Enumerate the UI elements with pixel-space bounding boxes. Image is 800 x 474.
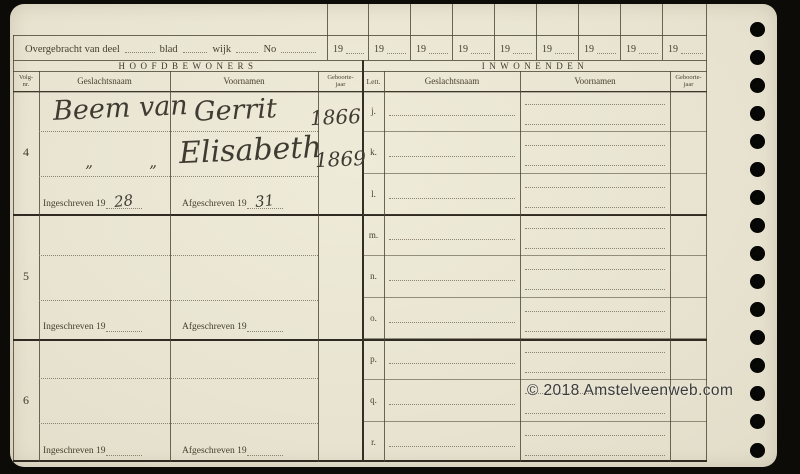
year-column-line xyxy=(578,4,579,35)
year-cell: 19 xyxy=(578,35,620,60)
inwonenden-row: k. xyxy=(363,131,707,172)
scanned-register-page: Overgebracht van deelbladwijkNo HOOFDBEW… xyxy=(0,0,800,474)
punch-hole xyxy=(750,162,765,177)
row-letter: r. xyxy=(363,422,384,462)
fill-in-line xyxy=(597,53,616,54)
fill-in-line: 28 xyxy=(106,198,142,209)
hoofdbewoners-title: HOOFDBEWONERS xyxy=(13,60,363,71)
year-column-line xyxy=(410,4,411,35)
writing-line xyxy=(525,104,665,105)
row-letter: j. xyxy=(363,91,384,131)
row-volgnr: 4 xyxy=(13,91,39,215)
year-prefix: 19 xyxy=(668,44,678,55)
year-column-line xyxy=(368,4,369,35)
fill-in-line xyxy=(125,52,155,53)
writing-line xyxy=(525,311,665,312)
header-volgnr-line1: Volg- xyxy=(19,74,33,81)
header-geslachtsnaam: Geslachtsnaam xyxy=(39,71,170,91)
hoofdbewoners-row: 6 Ingeschreven 19 Afgeschreven 19 xyxy=(13,338,363,462)
hoofdbewoners-row: 4 Beem van Gerrit 1866 „ „ Elisabeth 186… xyxy=(13,91,363,215)
year-column-line xyxy=(452,4,453,35)
handwritten-firstname: Elisabeth xyxy=(178,130,322,171)
row-letter: m. xyxy=(363,215,384,255)
header-geboortejaar-line1: Geboorte- xyxy=(327,74,353,81)
writing-line xyxy=(525,207,665,208)
ingeschreven-field: Ingeschreven 19 xyxy=(43,445,142,456)
ingeschreven-field: Ingeschreven 19 xyxy=(43,321,142,332)
handwritten-birthyear: 1869 xyxy=(315,146,367,172)
afgeschreven-label: Afgeschreven 19 xyxy=(182,446,247,456)
punch-hole xyxy=(750,274,765,289)
fill-in-line xyxy=(281,52,316,53)
copyright-watermark: © 2018 Amstelveenweb.com xyxy=(527,382,733,400)
transfer-label-no: No xyxy=(263,44,276,55)
fill-in-line xyxy=(247,445,283,456)
row-letter: o. xyxy=(363,298,384,338)
row-volgnr: 5 xyxy=(13,215,39,339)
inwonenden-row: p. xyxy=(363,338,707,379)
punch-hole xyxy=(750,414,765,429)
punch-hole xyxy=(750,218,765,233)
punch-hole xyxy=(750,386,765,401)
fill-in-line xyxy=(429,53,448,54)
writing-line xyxy=(525,289,665,290)
punch-hole xyxy=(750,106,765,121)
row-letter: p. xyxy=(363,339,384,379)
handwritten-afgeschreven-year: 31 xyxy=(254,191,275,211)
year-column-line xyxy=(620,4,621,35)
transfer-label-deel: Overgebracht van deel xyxy=(25,44,120,55)
year-prefix: 19 xyxy=(416,44,426,55)
year-prefix: 19 xyxy=(542,44,552,55)
fill-in-line xyxy=(513,53,532,54)
ditto-mark: „ xyxy=(85,153,94,171)
writing-line xyxy=(525,413,665,414)
transfer-label-blad: blad xyxy=(160,44,178,55)
writing-line xyxy=(389,404,515,405)
year-cell: 19 xyxy=(662,35,707,60)
punch-hole xyxy=(750,50,765,65)
writing-line xyxy=(525,435,665,436)
ingeschreven-field: Ingeschreven 1928 xyxy=(43,198,142,209)
header-volgnr: Volg- nr. xyxy=(13,71,39,91)
year-cell: 19 xyxy=(452,35,494,60)
writing-line xyxy=(525,455,665,456)
transfer-row: Overgebracht van deelbladwijkNo xyxy=(13,35,327,60)
inwonenden-row: m. xyxy=(363,214,707,255)
fill-in-line: 31 xyxy=(247,198,283,209)
writing-line xyxy=(39,378,318,379)
year-prefix: 19 xyxy=(626,44,636,55)
ingeschreven-label: Ingeschreven 19 xyxy=(43,446,106,456)
afgeschreven-field: Afgeschreven 1931 xyxy=(182,198,283,209)
punch-hole xyxy=(750,330,765,345)
handwritten-birthyear: 1866 xyxy=(310,104,362,130)
writing-line xyxy=(525,372,665,373)
fill-in-line xyxy=(236,52,258,53)
inwonenden-row: l. xyxy=(363,173,707,214)
year-column-line xyxy=(494,4,495,35)
inwonenden-row: j. xyxy=(363,91,707,131)
inwonenden-row: r. xyxy=(363,421,707,462)
writing-line xyxy=(525,269,665,270)
punch-hole xyxy=(750,302,765,317)
writing-line xyxy=(525,187,665,188)
ditto-mark: „ xyxy=(149,153,158,171)
header-geboortejaar-inw: Geboorte- jaar xyxy=(670,71,707,91)
hoofdbewoners-row: 5 Ingeschreven 19 Afgeschreven 19 xyxy=(13,215,363,339)
writing-line xyxy=(525,165,665,166)
row-letter: l. xyxy=(363,174,384,214)
header-geboortejaar-line2: jaar xyxy=(336,81,346,88)
header-geboortejaar: Geboorte- jaar xyxy=(318,71,363,91)
header-geboortejaar-inw-line1: Geboorte- xyxy=(675,74,701,81)
writing-line xyxy=(389,239,515,240)
year-prefix: 19 xyxy=(458,44,468,55)
afgeschreven-label: Afgeschreven 19 xyxy=(182,322,247,332)
writing-line xyxy=(389,363,515,364)
fill-in-line xyxy=(183,52,208,53)
handwritten-firstname: Gerrit xyxy=(193,93,277,128)
transfer-label-wijk: wijk xyxy=(212,44,231,55)
fill-in-line xyxy=(471,53,490,54)
writing-line xyxy=(525,228,665,229)
year-prefix: 19 xyxy=(333,44,343,55)
header-geboortejaar-inw-line2: jaar xyxy=(684,81,694,88)
punch-hole xyxy=(750,246,765,261)
inwonenden-title: INWONENDEN xyxy=(363,60,707,71)
ingeschreven-label: Ingeschreven 19 xyxy=(43,199,106,209)
writing-line xyxy=(525,248,665,249)
hoofdbewoners-rows: 4 Beem van Gerrit 1866 „ „ Elisabeth 186… xyxy=(13,91,363,462)
inwonenden-row: o. xyxy=(363,297,707,338)
fill-in-line xyxy=(106,445,142,456)
fill-in-line xyxy=(247,321,283,332)
writing-line xyxy=(389,115,515,116)
writing-line xyxy=(525,352,665,353)
fill-in-line xyxy=(346,53,364,54)
ingeschreven-label: Ingeschreven 19 xyxy=(43,322,106,332)
header-geslachtsnaam-inw: Geslachtsnaam xyxy=(384,71,520,91)
year-cell: 19 xyxy=(536,35,578,60)
fill-in-line xyxy=(387,53,406,54)
writing-line xyxy=(39,423,318,424)
year-column-line xyxy=(327,4,328,35)
fill-in-line xyxy=(106,321,142,332)
inwonenden-rows: j. k. l. m. n. o. p. q. xyxy=(363,91,707,462)
header-lett: Lett. xyxy=(363,71,384,91)
header-voornamen: Voornamen xyxy=(170,71,318,91)
fill-in-line xyxy=(681,53,703,54)
fill-in-line xyxy=(555,53,574,54)
writing-line xyxy=(525,124,665,125)
row-letter: n. xyxy=(363,256,384,296)
handwritten-ingeschreven-year: 28 xyxy=(113,191,134,211)
header-voornamen-inw: Voornamen xyxy=(520,71,670,91)
punch-hole xyxy=(750,78,765,93)
fill-in-line xyxy=(639,53,658,54)
year-prefix: 19 xyxy=(374,44,384,55)
writing-line xyxy=(525,331,665,332)
punch-hole xyxy=(750,358,765,373)
year-cell: 19 xyxy=(494,35,536,60)
year-cell: 19 xyxy=(410,35,452,60)
year-column-line xyxy=(536,4,537,35)
writing-line xyxy=(525,145,665,146)
writing-line xyxy=(389,446,515,447)
punch-hole xyxy=(750,190,765,205)
row-letter: q. xyxy=(363,380,384,420)
year-prefix: 19 xyxy=(584,44,594,55)
year-column-line xyxy=(662,4,663,35)
year-cell: 19 xyxy=(327,35,368,60)
punch-hole xyxy=(750,443,765,458)
writing-line xyxy=(389,322,515,323)
handwritten-surname: Beem van xyxy=(52,90,188,127)
year-cell: 19 xyxy=(368,35,410,60)
row-letter: k. xyxy=(363,132,384,172)
writing-line xyxy=(389,156,515,157)
afgeschreven-label: Afgeschreven 19 xyxy=(182,199,247,209)
afgeschreven-field: Afgeschreven 19 xyxy=(182,321,283,332)
header-volgnr-line2: nr. xyxy=(23,81,30,88)
year-cell: 19 xyxy=(620,35,662,60)
inwonenden-row: n. xyxy=(363,255,707,296)
writing-line xyxy=(39,300,318,301)
row-volgnr: 6 xyxy=(13,338,39,462)
writing-line xyxy=(39,255,318,256)
punch-hole xyxy=(750,134,765,149)
writing-line xyxy=(39,176,318,177)
afgeschreven-field: Afgeschreven 19 xyxy=(182,445,283,456)
writing-line xyxy=(389,280,515,281)
year-prefix: 19 xyxy=(500,44,510,55)
writing-line xyxy=(389,198,515,199)
punch-hole xyxy=(750,22,765,37)
